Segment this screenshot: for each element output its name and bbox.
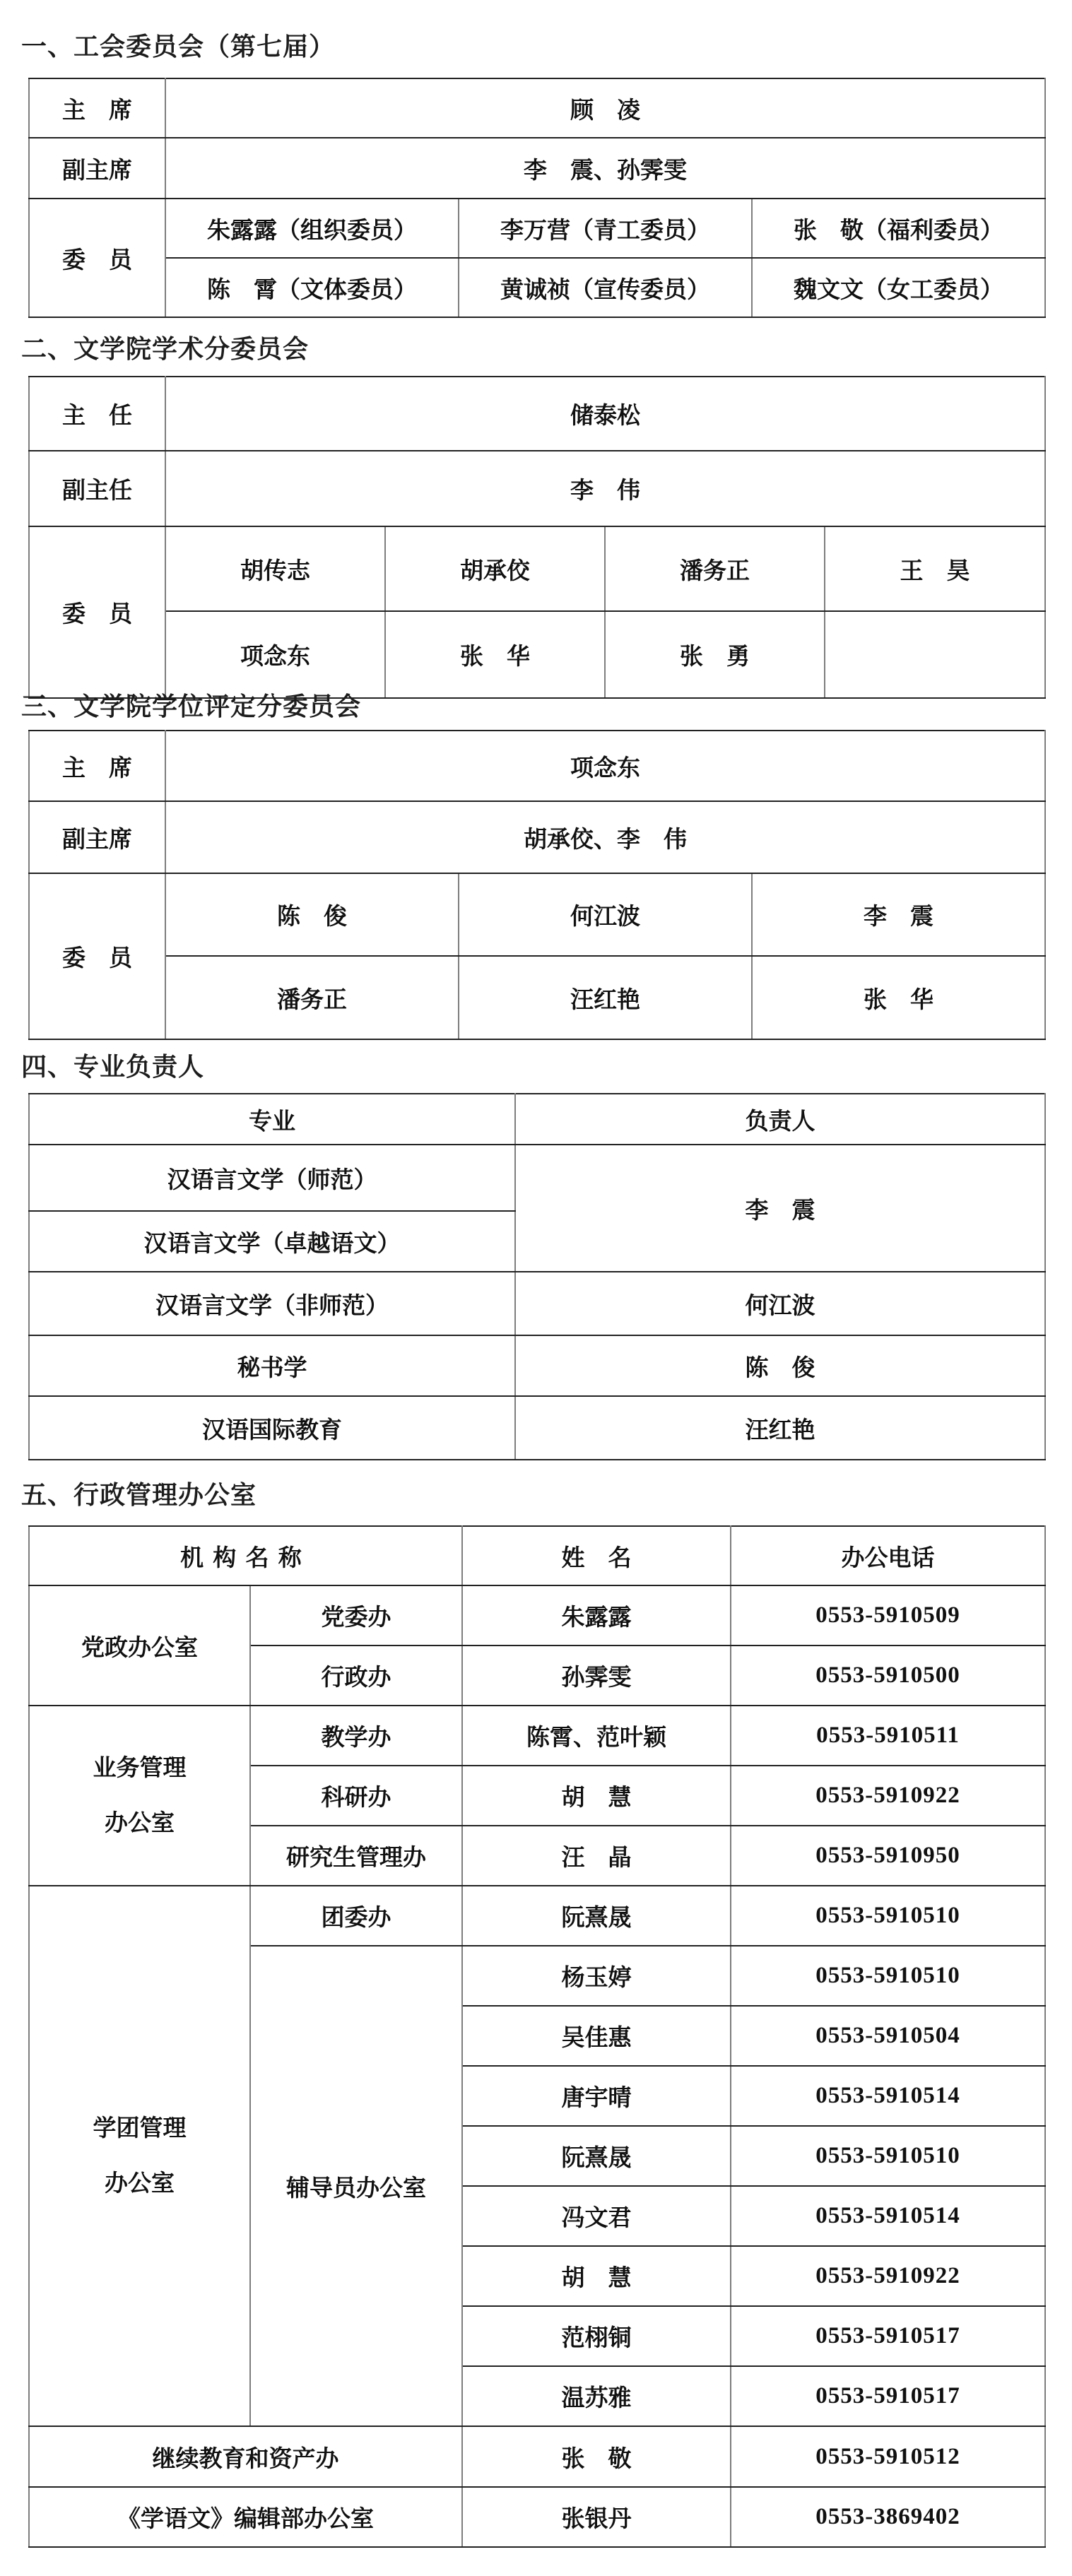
member-name-cell: 陈 俊 bbox=[165, 873, 459, 956]
suborg-cell: 行政办 bbox=[250, 1646, 462, 1706]
table-row: 副主席 胡承佼、李 伟 bbox=[29, 801, 1045, 873]
section-5-title: 五、行政管理办公室 bbox=[21, 1479, 257, 1511]
union-committee-table: 主 席 顾 凌 副主席 李 震、孙霁雯 委 员 朱露露（组织委员） 李万营（青工… bbox=[28, 78, 1046, 318]
member-name-cell: 张 敬（福利委员） bbox=[752, 199, 1045, 258]
suborg-cell: 辅导员办公室 bbox=[250, 1946, 462, 2426]
table-row: 主 任 储泰松 bbox=[29, 377, 1045, 451]
degree-committee-table: 主 席 项念东 副主席 胡承佼、李 伟 委 员 陈 俊 何江波 李 震 潘务正 … bbox=[28, 730, 1046, 1040]
header-cell-name: 姓 名 bbox=[462, 1526, 731, 1585]
phone-cell: 0553-5910517 bbox=[731, 2306, 1045, 2366]
org-cell-label: 学团管理办公室 bbox=[90, 2101, 190, 2211]
document-page: { "page": { "background": "#ffffff", "te… bbox=[0, 0, 1072, 2576]
staff-name-cell: 孙霁雯 bbox=[462, 1646, 731, 1706]
member-name-cell: 潘务正 bbox=[605, 526, 825, 611]
major-name-cell: 汉语国际教育 bbox=[29, 1396, 515, 1460]
director-name-cell: 储泰松 bbox=[165, 377, 1045, 451]
phone-cell: 0553-5910922 bbox=[731, 1766, 1045, 1826]
phone-cell: 0553-5910509 bbox=[731, 1585, 1045, 1646]
chair-name-cell: 顾 凌 bbox=[165, 78, 1045, 138]
table-row: 潘务正 汪红艳 张 华 bbox=[29, 956, 1045, 1039]
member-name-cell: 汪红艳 bbox=[459, 956, 752, 1039]
member-name-cell: 项念东 bbox=[165, 611, 385, 698]
member-name-cell-empty bbox=[825, 611, 1045, 698]
table-row: 陈 霄（文体委员） 黄诚祯（宣传委员） 魏文文（女工委员） bbox=[29, 258, 1045, 317]
staff-name-cell: 唐宇晴 bbox=[462, 2066, 731, 2126]
deputy-director-name-cell: 李 伟 bbox=[165, 451, 1045, 526]
member-name-cell: 张 华 bbox=[385, 611, 605, 698]
row-label-cell: 主 席 bbox=[29, 78, 165, 138]
member-name-cell: 陈 霄（文体委员） bbox=[165, 258, 459, 317]
major-name-cell: 汉语言文学（非师范） bbox=[29, 1272, 515, 1335]
org-cell: 继续教育和资产办 bbox=[29, 2426, 462, 2487]
major-leaders-table: 专业 负责人 汉语言文学（师范） 李 震 汉语言文学（卓越语文） 汉语言文学（非… bbox=[28, 1093, 1046, 1460]
table-row: 副主席 李 震、孙霁雯 bbox=[29, 138, 1045, 199]
staff-name-cell: 阮熹晟 bbox=[462, 1886, 731, 1946]
table-row: 副主任 李 伟 bbox=[29, 451, 1045, 526]
academic-committee-table: 主 任 储泰松 副主任 李 伟 委 员 胡传志 胡承佼 潘务正 王 昊 项念东 … bbox=[28, 376, 1046, 699]
staff-name-cell: 陈霄、范叶颖 bbox=[462, 1706, 731, 1766]
staff-name-cell: 胡 慧 bbox=[462, 1766, 731, 1826]
member-name-cell: 黄诚祯（宣传委员） bbox=[459, 258, 752, 317]
section-4-title: 四、专业负责人 bbox=[21, 1051, 204, 1082]
member-name-cell: 胡承佼 bbox=[385, 526, 605, 611]
leader-name-cell: 李 震 bbox=[515, 1145, 1045, 1272]
row-label-cell: 主 席 bbox=[29, 731, 165, 801]
staff-name-cell: 杨玉婷 bbox=[462, 1946, 731, 2006]
member-name-cell: 朱露露（组织委员） bbox=[165, 199, 459, 258]
staff-name-cell: 张银丹 bbox=[462, 2487, 731, 2547]
table-row: 项念东 张 华 张 勇 bbox=[29, 611, 1045, 698]
section-1-title: 一、工会委员会（第七届） bbox=[21, 31, 335, 62]
table-row: 汉语言文学（非师范） 何江波 bbox=[29, 1272, 1045, 1335]
member-name-cell: 王 昊 bbox=[825, 526, 1045, 611]
table-row: 汉语国际教育 汪红艳 bbox=[29, 1396, 1045, 1460]
phone-cell: 0553-3869402 bbox=[731, 2487, 1045, 2547]
table-row: 委 员 陈 俊 何江波 李 震 bbox=[29, 873, 1045, 956]
table-row: 《学语文》编辑部办公室 张银丹 0553-3869402 bbox=[29, 2487, 1045, 2547]
phone-cell: 0553-5910514 bbox=[731, 2186, 1045, 2246]
admin-offices-table: 机构名称 姓 名 办公电话 党政办公室 党委办 朱露露 0553-5910509… bbox=[28, 1525, 1046, 2548]
member-name-cell: 魏文文（女工委员） bbox=[752, 258, 1045, 317]
chair-name-cell: 项念东 bbox=[165, 731, 1045, 801]
table-row: 党政办公室 党委办 朱露露 0553-5910509 bbox=[29, 1585, 1045, 1646]
row-label-cell: 委 员 bbox=[29, 199, 165, 317]
table-row: 学团管理办公室 团委办 阮熹晟 0553-5910510 bbox=[29, 1886, 1045, 1946]
phone-cell: 0553-5910510 bbox=[731, 1886, 1045, 1946]
suborg-cell: 教学办 bbox=[250, 1706, 462, 1766]
phone-cell: 0553-5910510 bbox=[731, 1946, 1045, 2006]
phone-cell: 0553-5910922 bbox=[731, 2246, 1045, 2306]
row-label-cell: 副主席 bbox=[29, 801, 165, 873]
header-cell-phone: 办公电话 bbox=[731, 1526, 1045, 1585]
section-3-title: 三、文学院学位评定分委员会 bbox=[21, 691, 361, 722]
header-cell-leader: 负责人 bbox=[515, 1094, 1045, 1145]
table-row: 业务管理办公室 教学办 陈霄、范叶颖 0553-5910511 bbox=[29, 1706, 1045, 1766]
major-name-cell: 秘书学 bbox=[29, 1335, 515, 1396]
phone-cell: 0553-5910510 bbox=[731, 2126, 1045, 2186]
org-cell-label: 业务管理办公室 bbox=[90, 1741, 190, 1851]
row-label-cell: 主 任 bbox=[29, 377, 165, 451]
member-name-cell: 张 华 bbox=[752, 956, 1045, 1039]
row-label-cell: 委 员 bbox=[29, 526, 165, 698]
staff-name-cell: 汪 晶 bbox=[462, 1826, 731, 1886]
vice-chair-names-cell: 李 震、孙霁雯 bbox=[165, 138, 1045, 199]
phone-cell: 0553-5910500 bbox=[731, 1646, 1045, 1706]
suborg-cell: 党委办 bbox=[250, 1585, 462, 1646]
phone-cell: 0553-5910517 bbox=[731, 2366, 1045, 2426]
staff-name-cell: 朱露露 bbox=[462, 1585, 731, 1646]
member-name-cell: 李 震 bbox=[752, 873, 1045, 956]
suborg-cell: 研究生管理办 bbox=[250, 1826, 462, 1886]
staff-name-cell: 范栩铜 bbox=[462, 2306, 731, 2366]
phone-cell: 0553-5910512 bbox=[731, 2426, 1045, 2487]
row-label-cell: 副主任 bbox=[29, 451, 165, 526]
staff-name-cell: 温苏雅 bbox=[462, 2366, 731, 2426]
major-name-cell: 汉语言文学（师范） bbox=[29, 1145, 515, 1211]
org-cell: 党政办公室 bbox=[29, 1585, 250, 1706]
org-cell: 《学语文》编辑部办公室 bbox=[29, 2487, 462, 2547]
header-cell-org: 机构名称 bbox=[29, 1526, 462, 1585]
staff-name-cell: 胡 慧 bbox=[462, 2246, 731, 2306]
phone-cell: 0553-5910511 bbox=[731, 1706, 1045, 1766]
org-cell: 学团管理办公室 bbox=[29, 1886, 250, 2426]
suborg-cell: 科研办 bbox=[250, 1766, 462, 1826]
member-name-cell: 张 勇 bbox=[605, 611, 825, 698]
table-row: 汉语言文学（师范） 李 震 bbox=[29, 1145, 1045, 1211]
table-row: 秘书学 陈 俊 bbox=[29, 1335, 1045, 1396]
section-2-title: 二、文学院学术分委员会 bbox=[21, 333, 309, 365]
staff-name-cell: 吴佳惠 bbox=[462, 2006, 731, 2066]
row-label-cell: 副主席 bbox=[29, 138, 165, 199]
row-label-cell: 委 员 bbox=[29, 873, 165, 1039]
table-header-row: 专业 负责人 bbox=[29, 1094, 1045, 1145]
leader-name-cell: 汪红艳 bbox=[515, 1396, 1045, 1460]
staff-name-cell: 阮熹晟 bbox=[462, 2126, 731, 2186]
leader-name-cell: 陈 俊 bbox=[515, 1335, 1045, 1396]
suborg-cell: 团委办 bbox=[250, 1886, 462, 1946]
leader-name-cell: 何江波 bbox=[515, 1272, 1045, 1335]
staff-name-cell: 张 敬 bbox=[462, 2426, 731, 2487]
member-name-cell: 胡传志 bbox=[165, 526, 385, 611]
table-row: 继续教育和资产办 张 敬 0553-5910512 bbox=[29, 2426, 1045, 2487]
table-row: 委 员 朱露露（组织委员） 李万营（青工委员） 张 敬（福利委员） bbox=[29, 199, 1045, 258]
vice-chair-names-cell: 胡承佼、李 伟 bbox=[165, 801, 1045, 873]
phone-cell: 0553-5910950 bbox=[731, 1826, 1045, 1886]
member-name-cell: 潘务正 bbox=[165, 956, 459, 1039]
header-cell-major: 专业 bbox=[29, 1094, 515, 1145]
member-name-cell: 何江波 bbox=[459, 873, 752, 956]
staff-name-cell: 冯文君 bbox=[462, 2186, 731, 2246]
member-name-cell: 李万营（青工委员） bbox=[459, 199, 752, 258]
table-row: 主 席 顾 凌 bbox=[29, 78, 1045, 138]
org-cell: 业务管理办公室 bbox=[29, 1706, 250, 1886]
major-name-cell: 汉语言文学（卓越语文） bbox=[29, 1211, 515, 1272]
table-header-row: 机构名称 姓 名 办公电话 bbox=[29, 1526, 1045, 1585]
table-row: 委 员 胡传志 胡承佼 潘务正 王 昊 bbox=[29, 526, 1045, 611]
table-row: 主 席 项念东 bbox=[29, 731, 1045, 801]
phone-cell: 0553-5910514 bbox=[731, 2066, 1045, 2126]
phone-cell: 0553-5910504 bbox=[731, 2006, 1045, 2066]
